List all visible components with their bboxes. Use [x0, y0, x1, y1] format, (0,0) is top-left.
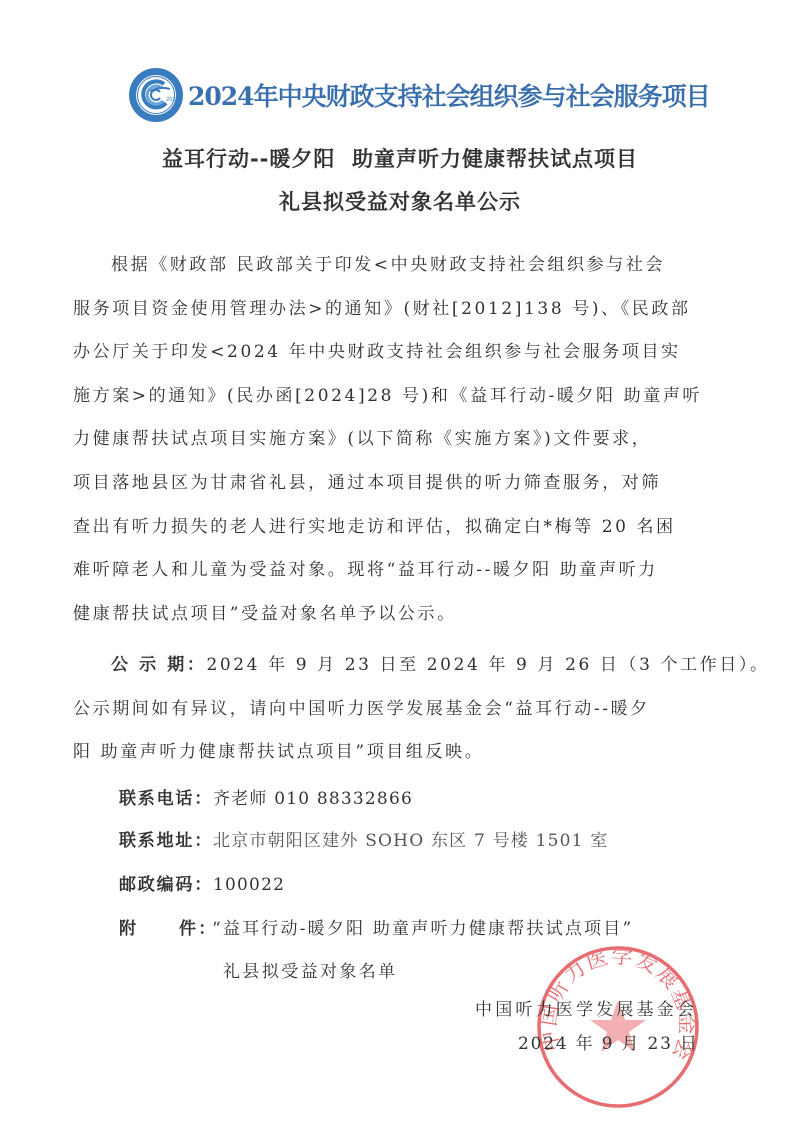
- document-subtitle: 礼县拟受益对象名单公示: [0, 186, 800, 216]
- signature-organization: 中国听力医学发展基金会: [475, 995, 697, 1020]
- contact-address-label: 联系地址：: [119, 831, 213, 851]
- paragraph-line: 根据《财政部 民政部关于印发<中央财政支持社会组织参与社会: [73, 244, 733, 288]
- paragraph-line: 力健康帮扶试点项目实施方案》(以下简称《实施方案》)文件要求，: [73, 418, 733, 462]
- contact-phone: 联系电话：齐老师 010 88332866: [119, 784, 413, 809]
- program-header: 2024 2024年中央财政支持社会组织参与社会服务项目: [128, 66, 710, 124]
- paragraph-line: 项目落地县区为甘肃省礼县，通过本项目提供的听力筛查服务，对筛: [73, 462, 733, 506]
- contact-address: 联系地址：北京市朝阳区建外 SOHO 东区 7 号楼 1501 室: [119, 826, 608, 851]
- attachment-label: 附件：: [119, 914, 212, 939]
- svg-text:2024: 2024: [166, 97, 179, 103]
- paragraph-line: 难听障老人和儿童为受益对象。现将“益耳行动--暖夕阳 助童声听力: [73, 549, 733, 593]
- contact-phone-value: 齐老师 010 88332866: [213, 789, 413, 809]
- publicity-period-line: 公 示 期：2024 年 9 月 23 日至 2024 年 9 月 26 日（3…: [73, 644, 733, 688]
- contact-postal-label: 邮政编码：: [119, 875, 213, 895]
- paragraph-line: 公示期间如有异议，请向中国听力医学发展基金会“益耳行动--暖夕: [73, 688, 733, 732]
- program-logo-icon: 2024: [128, 67, 184, 123]
- paragraph-line: 施方案>的通知》(民办函[2024]28 号)和《益耳行动-暖夕阳 助童声听: [73, 375, 733, 419]
- publicity-period-label: 公 示 期：: [111, 655, 206, 675]
- paragraph-line: 阳 助童声听力健康帮扶试点项目”项目组反映。: [73, 731, 733, 775]
- contact-address-value: 北京市朝阳区建外 SOHO 东区 7 号楼 1501 室: [213, 831, 608, 851]
- official-seal-icon: 中国听力医学发展基金会: [535, 944, 701, 1110]
- attachment-name-continued: 礼县拟受益对象名单: [223, 957, 398, 982]
- program-title: 2024年中央财政支持社会组织参与社会服务项目: [188, 77, 710, 113]
- paragraph-line: 健康帮扶试点项目”受益对象名单予以公示。: [73, 593, 733, 637]
- main-paragraph: 根据《财政部 民政部关于印发<中央财政支持社会组织参与社会 服务项目资金使用管理…: [73, 244, 733, 636]
- paragraph-line: 办公厅关于印发<2024 年中央财政支持社会组织参与社会服务项目实: [73, 331, 733, 375]
- paragraph-line: 查出有听力损失的老人进行实地走访和评估，拟确定白*梅等 20 名困: [73, 506, 733, 550]
- contact-postal-code: 邮政编码：100022: [119, 870, 285, 895]
- publicity-period-value: 2024 年 9 月 23 日至 2024 年 9 月 26 日（3 个工作日）…: [206, 655, 769, 675]
- contact-postal-value: 100022: [213, 875, 285, 895]
- attachment-name: “益耳行动-暖夕阳 助童声听力健康帮扶试点项目”: [212, 919, 633, 939]
- publicity-period-paragraph: 公 示 期：2024 年 9 月 23 日至 2024 年 9 月 26 日（3…: [73, 644, 733, 775]
- contact-phone-label: 联系电话：: [119, 789, 213, 809]
- signature-date: 2024 年 9 月 23 日: [518, 1029, 699, 1054]
- document-title: 益耳行动--暖夕阳 助童声听力健康帮扶试点项目: [0, 143, 800, 173]
- attachment: 附件：“益耳行动-暖夕阳 助童声听力健康帮扶试点项目”: [119, 914, 633, 939]
- paragraph-line: 服务项目资金使用管理办法>的通知》(财社[2012]138 号)、《民政部: [73, 288, 733, 332]
